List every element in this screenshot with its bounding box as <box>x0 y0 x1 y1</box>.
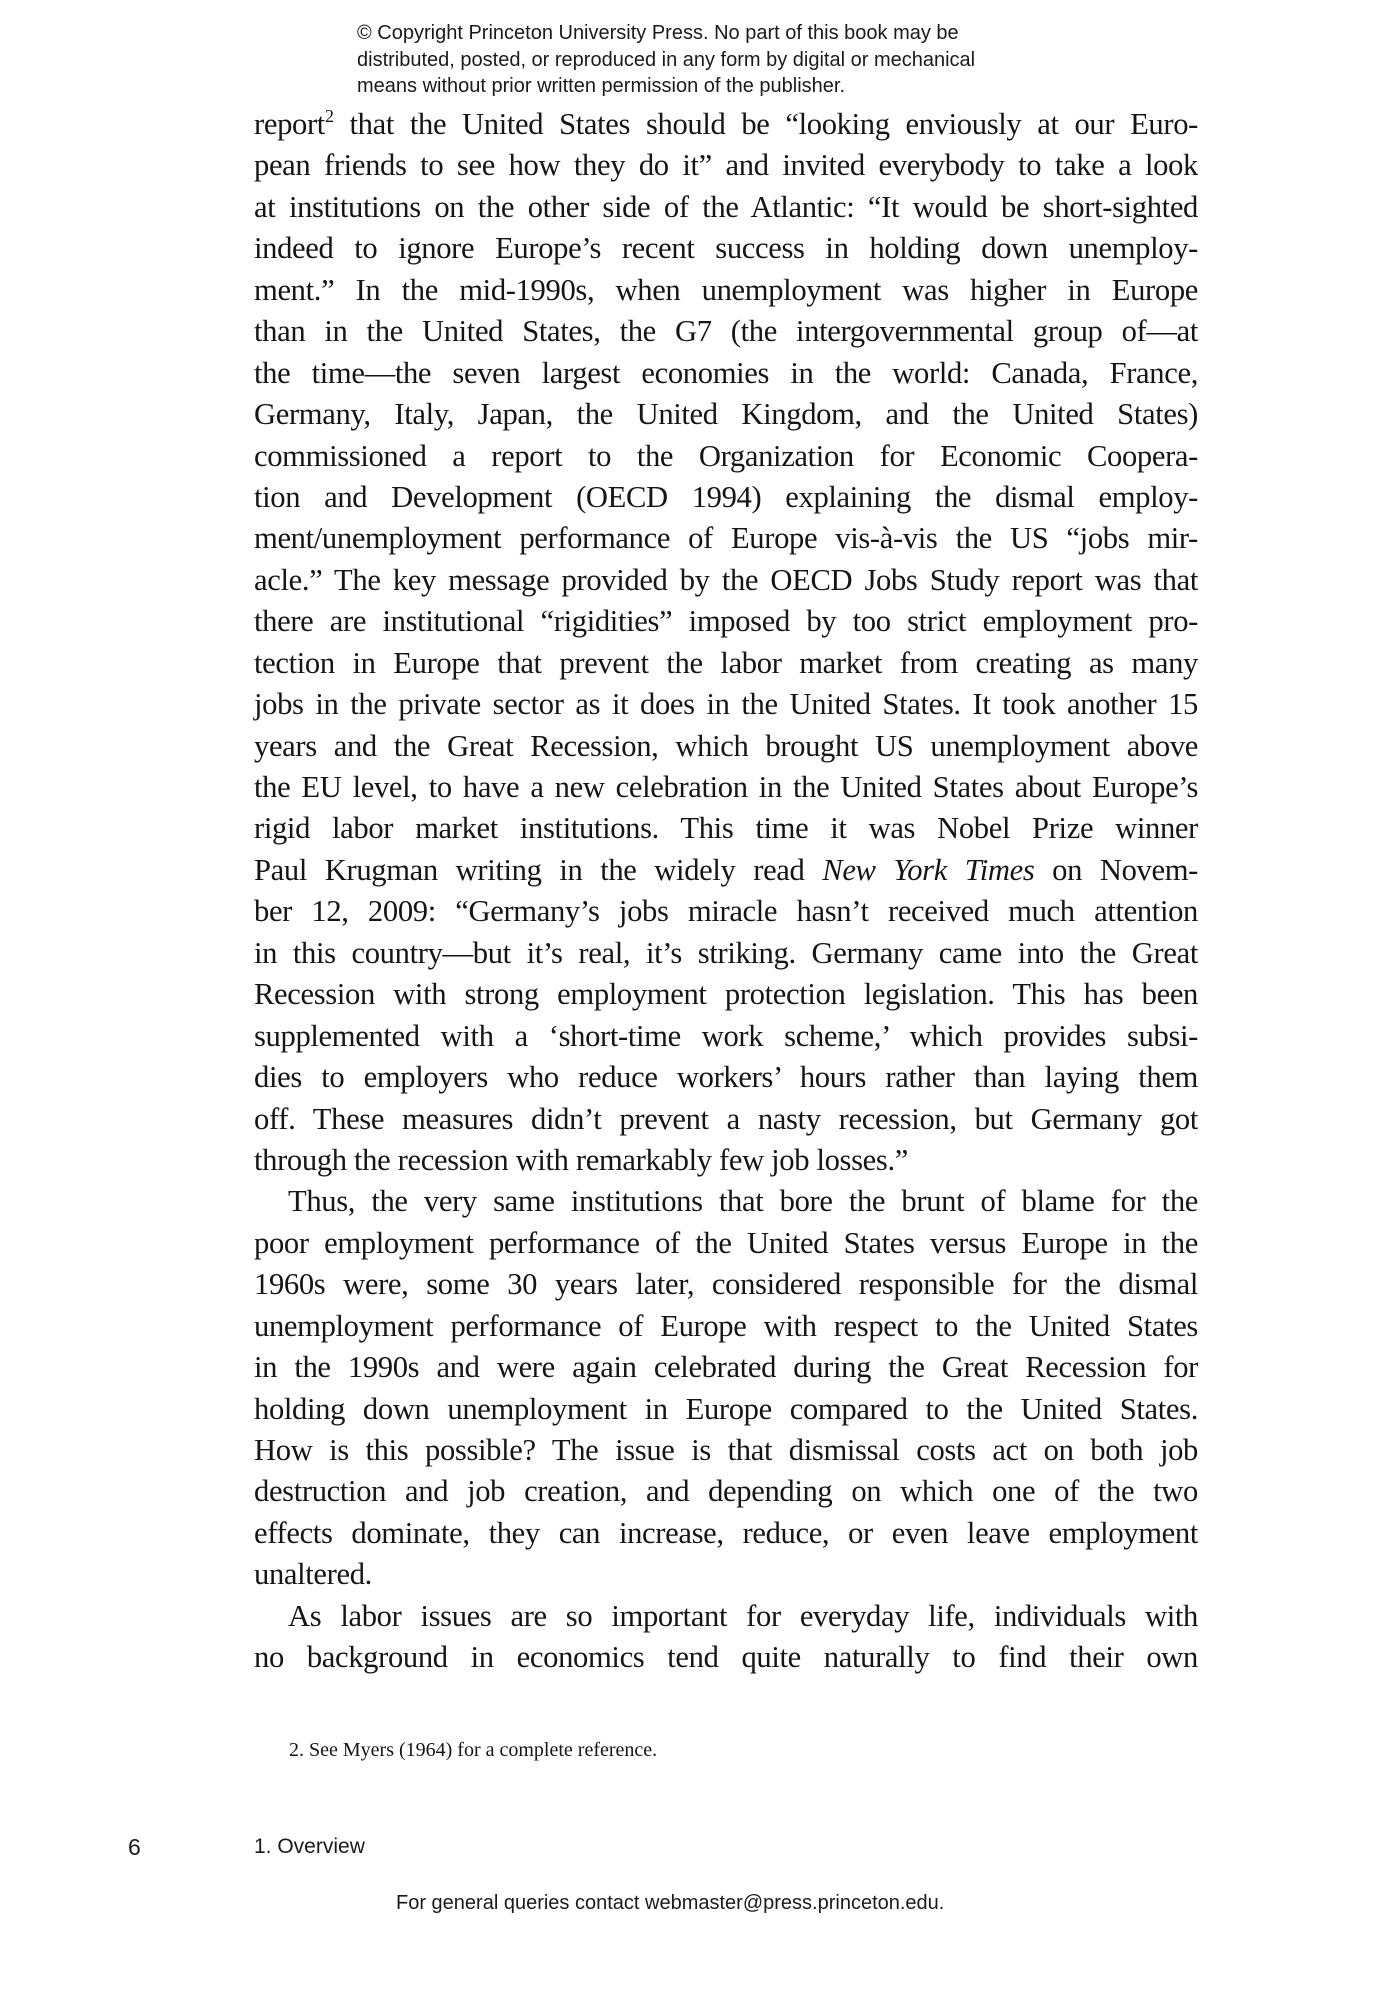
text-line: years and the Great Recession, which bro… <box>254 726 1198 767</box>
text-line: acle.” The key message provided by the O… <box>254 560 1198 601</box>
page-number: 6 <box>128 1834 141 1861</box>
text-line: Germany, Italy, Japan, the United Kingdo… <box>254 394 1198 435</box>
text-fragment: on Novem- <box>1034 853 1198 887</box>
running-footer-chapter: 1. Overview <box>254 1835 365 1859</box>
text-line: no background in economics tend quite na… <box>254 1637 1198 1678</box>
text-line: holding down unemployment in Europe comp… <box>254 1389 1198 1430</box>
text-line: indeed to ignore Europe’s recent success… <box>254 228 1198 269</box>
text-line: tection in Europe that prevent the labor… <box>254 643 1198 684</box>
copyright-line: distributed, posted, or reproduced in an… <box>357 47 1077 74</box>
text-fragment: that the United States should be “lookin… <box>334 107 1198 141</box>
text-line: the time—the seven largest economies in … <box>254 353 1198 394</box>
copyright-line: means without prior written permission o… <box>357 73 1077 100</box>
text-fragment: report <box>254 107 325 141</box>
text-line: than in the United States, the G7 (the i… <box>254 311 1198 352</box>
text-line: jobs in the private sector as it does in… <box>254 684 1198 725</box>
paragraph-start-line: Thus, the very same institutions that bo… <box>254 1181 1198 1222</box>
text-line: How is this possible? The issue is that … <box>254 1430 1198 1471</box>
text-line: report2 that the United States should be… <box>254 104 1198 145</box>
text-line: dies to employers who reduce workers’ ho… <box>254 1057 1198 1098</box>
body-text: report2 that the United States should be… <box>254 104 1198 1679</box>
text-line: there are institutional “rigidities” imp… <box>254 601 1198 642</box>
publication-title: New York Times <box>822 853 1034 887</box>
text-line: ment.” In the mid-1990s, when unemployme… <box>254 270 1198 311</box>
contact-notice: For general queries contact webmaster@pr… <box>396 1892 944 1915</box>
text-line: rigid labor market institutions. This ti… <box>254 808 1198 849</box>
text-line: tion and Development (OECD 1994) explain… <box>254 477 1198 518</box>
paragraph-start-line: As labor issues are so important for eve… <box>254 1596 1198 1637</box>
text-line: in the 1990s and were again celebrated d… <box>254 1347 1198 1388</box>
text-line: in this country—but it’s real, it’s stri… <box>254 933 1198 974</box>
text-line: supplemented with a ‘short-time work sch… <box>254 1016 1198 1057</box>
text-line: ment/unemployment performance of Europe … <box>254 518 1198 559</box>
text-line: Paul Krugman writing in the widely read … <box>254 850 1198 891</box>
text-line: off. These measures didn’t prevent a nas… <box>254 1099 1198 1140</box>
text-line: unaltered. <box>254 1554 1198 1595</box>
text-line: effects dominate, they can increase, red… <box>254 1513 1198 1554</box>
copyright-line: © Copyright Princeton University Press. … <box>357 20 1077 47</box>
text-line: unemployment performance of Europe with … <box>254 1306 1198 1347</box>
text-fragment: Paul Krugman writing in the widely read <box>254 853 822 887</box>
text-line: at institutions on the other side of the… <box>254 187 1198 228</box>
text-line: commissioned a report to the Organizatio… <box>254 436 1198 477</box>
text-line: poor employment performance of the Unite… <box>254 1223 1198 1264</box>
footnote: 2. See Myers (1964) for a complete refer… <box>289 1737 657 1763</box>
text-line: ber 12, 2009: “Germany’s jobs miracle ha… <box>254 891 1198 932</box>
footnote-reference[interactable]: 2 <box>325 106 334 126</box>
text-line: pean friends to see how they do it” and … <box>254 145 1198 186</box>
text-line: the EU level, to have a new celebration … <box>254 767 1198 808</box>
text-line: destruction and job creation, and depend… <box>254 1471 1198 1512</box>
text-line: 1960s were, some 30 years later, conside… <box>254 1264 1198 1305</box>
copyright-notice: © Copyright Princeton University Press. … <box>357 20 1077 100</box>
text-line: Recession with strong employment protect… <box>254 974 1198 1015</box>
text-line: through the recession with remarkably fe… <box>254 1140 1198 1181</box>
